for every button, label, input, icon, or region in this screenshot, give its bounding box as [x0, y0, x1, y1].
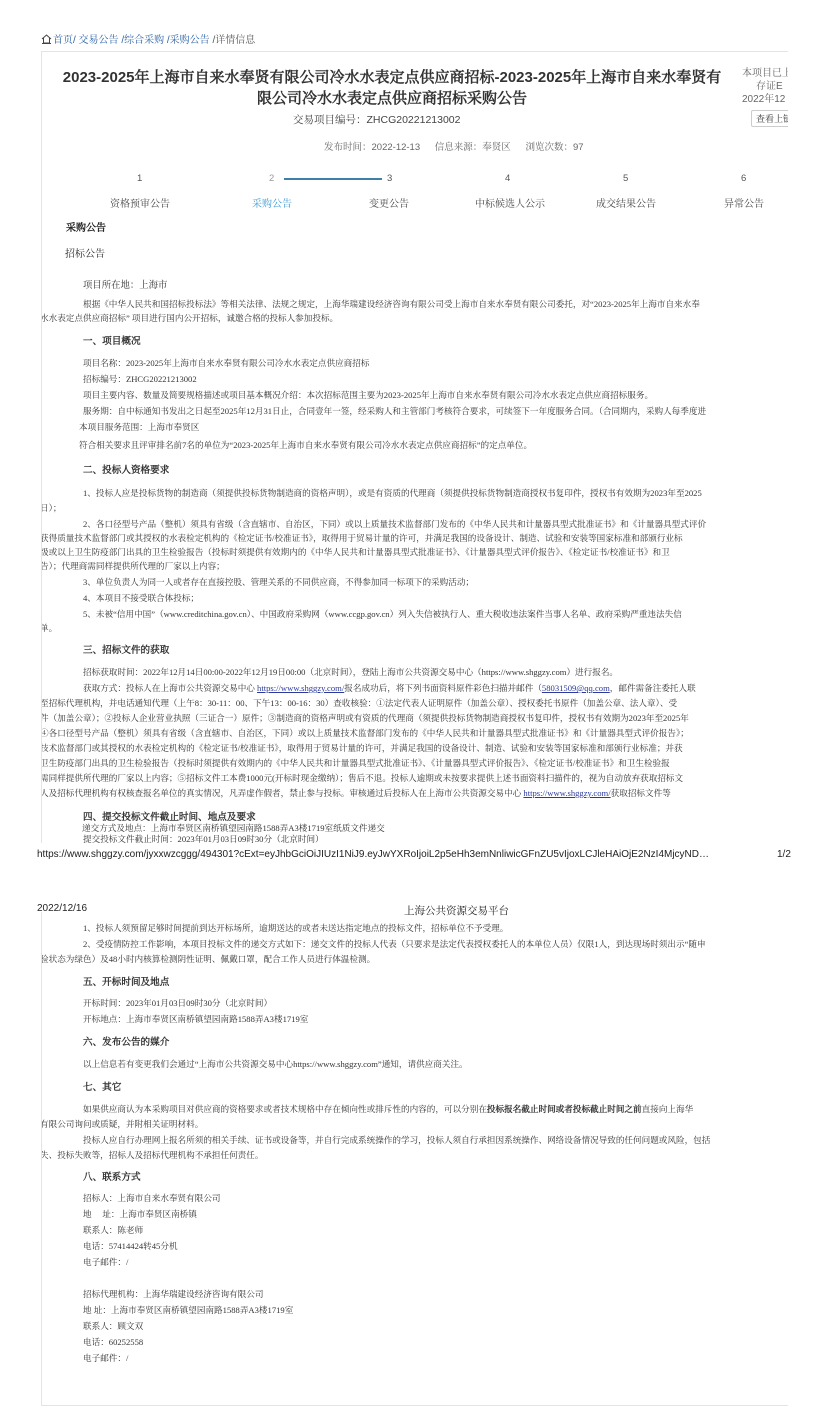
shggzy-link[interactable]: https://www.shggzy.com/	[257, 683, 344, 693]
qualification-2-line-3: 级或以上卫生防疫部门出具的卫生检验报告（投标时须提供有效期内的《中华人民共和计量…	[41, 546, 670, 558]
stepper-progress-line	[284, 178, 382, 180]
breadcrumb-procurement-notice[interactable]: /采购公告	[164, 35, 210, 46]
step-4-number: 4	[505, 173, 510, 184]
title-line-2: 限公司冷水水表定点供应商招标采购公告	[42, 88, 742, 109]
submission-note-1: 1、投标人须预留足够时间提前到达开标场所，逾期送达的或者未送达指定地点的投标文件…	[83, 922, 508, 934]
project-location: 项目所在地：上海市	[83, 277, 167, 291]
access-line-2: 至招标代理机构，并电话通知代理（上午8：30-11：00、下午13：00-16：…	[41, 697, 677, 709]
publish-time-label: 发布时间：	[324, 142, 372, 153]
blockchain-note-line2: 存证E	[742, 80, 788, 93]
step-6-label[interactable]: 异常公告	[724, 195, 764, 210]
view-blockchain-button[interactable]: 查看上链	[751, 110, 788, 127]
access-line-6: 卫生防疫部门出具的卫生检验报告（投标时须提供有效期内的《中华人民共和计量器具型式…	[41, 757, 670, 769]
breadcrumb-current: /详情信息	[210, 35, 256, 46]
project-code-value: ZHCG20221213002	[367, 114, 461, 126]
agent-address: 地 址：上海市奉贤区南桥镇望园南路1588弄A3楼1719室	[83, 1304, 293, 1316]
submission-deadline: 提交投标文件截止时间：2023年01月03日09时30分（北京时间）	[83, 833, 324, 843]
other-note-1-line-2: 有限公司询问或质疑，并附相关证明材料。	[41, 1118, 203, 1130]
heading-publication-media: 六、发布公告的媒介	[83, 1034, 169, 1048]
submission-place: 递交方式及地点：上海市奉贤区南桥镇望园南路1588弄A3楼1719室纸质文件递交	[82, 822, 385, 834]
shggzy-link-2[interactable]: https://www.shggzy.com/	[523, 788, 610, 798]
heading-other: 七、其它	[83, 1079, 121, 1093]
heading-bid-opening: 五、开标时间及地点	[83, 974, 169, 988]
bid-opening-place: 开标地点：上海市奉贤区南桥镇望园南路1588弄A3楼1719室	[83, 1013, 308, 1025]
agent-email: 电子邮件：/	[83, 1352, 128, 1364]
other-note-2-line-1: 投标人应自行办理网上报名所须的相关手续、证书或设备等，并自行完成系统操作的学习，…	[83, 1134, 710, 1146]
qualification-5-line-1: 5、未被“信用中国”（www.creditchina.gov.cn）、中国政府采…	[83, 608, 682, 620]
page-title: 2023-2025年上海市自来水奉贤有限公司冷水水表定点供应商招标-2023-2…	[42, 67, 742, 109]
breadcrumb: 首页/ 交易公告 /综合采购 /采购公告 /详情信息	[41, 31, 255, 46]
step-2-number: 2	[269, 173, 274, 184]
agent-phone: 电话：60252558	[83, 1336, 143, 1348]
step-5-number: 5	[623, 173, 628, 184]
other-note-1-bold: 投标报名截止时间或者投标截止时间之前	[487, 1104, 642, 1114]
access-line-8-post: 获取招标文件等	[611, 788, 671, 798]
print-page-number: 1/2	[777, 849, 791, 860]
source-value: 奉贤区	[482, 142, 511, 153]
project-code-label: 交易项目编号：	[293, 114, 367, 126]
other-note-1-post: 直接向上海华	[642, 1104, 694, 1114]
views-count: 97	[573, 142, 584, 153]
service-period: 服务期：自中标通知书发出之日起至2025年12月31日止，合同壹年一签，经采购人…	[83, 405, 706, 417]
blockchain-note: 本项目已上 存证E 2022年12	[742, 67, 788, 106]
tenderer-email: 电子邮件：/	[83, 1256, 128, 1268]
heading-submission-deadline: 四、提交投标文件截止时间、地点及要求	[83, 809, 256, 823]
step-5-label[interactable]: 成交结果公告	[596, 195, 656, 210]
publish-time: 2022-12-13	[372, 142, 421, 153]
qualification-3: 3、单位负责人为同一人或者存在直接控股、管理关系的不同供应商，不得参加同一标项下…	[83, 576, 474, 588]
tenderer-phone: 电话：57414424转45分机	[83, 1240, 178, 1252]
step-3-number: 3	[387, 173, 392, 184]
other-note-1-line-1: 如果供应商认为本采购项目对供应商的资格要求或者技术规格中存在倾向性或排斥性的内容…	[83, 1103, 693, 1115]
sub-title: 招标公告	[65, 245, 105, 260]
print-url: https://www.shggzy.com/jyxxwzcggg/494301…	[37, 849, 709, 860]
blockchain-note-line1: 本项目已上	[742, 67, 788, 80]
bid-opening-time: 开标时间：2023年01月03日09时30分（北京时间）	[83, 997, 272, 1009]
other-note-2-line-2: 失、投标失败等，招标人及招标代理机构不承担任何责任。	[41, 1149, 263, 1161]
submission-note-2-line-1: 2、受疫情防控工作影响，本项目投标文件的递交方式如下：递交文件的投标人代表（只要…	[83, 938, 706, 950]
step-1-label[interactable]: 资格预审公告	[110, 195, 170, 210]
step-3-label[interactable]: 变更公告	[369, 195, 409, 210]
breadcrumb-comprehensive-procurement[interactable]: /综合采购	[119, 35, 165, 46]
document-access-time: 招标获取时间：2022年12月14日00:00-2022年12月19日00:00…	[83, 666, 618, 678]
project-content: 项目主要内容、数量及简要规格描述或项目基本概况介绍：本次招标范围主要为2023-…	[83, 389, 653, 401]
service-scope: 本项目服务范围：上海市奉贤区	[79, 421, 199, 433]
other-note-1-text: 如果供应商认为本采购项目对供应商的资格要求或者技术规格中存在倾向性或排斥性的内容…	[83, 1104, 487, 1114]
notice-page-2: 1、投标人须预留足够时间提前到达开标场所，逾期送达的或者未送达指定地点的投标文件…	[41, 912, 788, 1406]
publication-media-text: 以上信息若有变更我们会通过“上海市公共资源交易中心https://www.shg…	[83, 1058, 468, 1070]
qualification-5-line-2: 单。	[41, 622, 57, 634]
tender-code: 招标编号：ZHCG20221213002	[83, 373, 197, 385]
intro-line-2: 水水表定点供应商招标” 项目进行国内公开招标，诚邀合格的投标人参加投标。	[41, 312, 338, 324]
email-link[interactable]: 58031509@qq.com	[542, 683, 610, 693]
step-2-label[interactable]: 采购公告	[252, 195, 292, 210]
access-line-7: 需同样提供所代理的厂家以上内容；⑤招标文件工本费1000元(开标时现金缴纳）；售…	[41, 772, 683, 784]
section-title: 采购公告	[66, 219, 106, 234]
heading-bidder-qualification: 二、投标人资格要求	[83, 462, 169, 476]
access-line-8: 人及招标代理机构有权核查报名单位的真实情况，凡弄虚作假者，禁止参与投标。审核通过…	[41, 787, 671, 799]
submission-note-2-line-2: 验状态为绿色）及48小时内核算检测阴性证明、佩戴口罩，配合工作人员进行体温检测。	[41, 953, 375, 965]
notice-page-1: 2023-2025年上海市自来水奉贤有限公司冷水水表定点供应商招标-2023-2…	[41, 51, 788, 843]
tenderer-contact: 联系人：陈老师	[83, 1224, 143, 1236]
step-1-number: 1	[137, 173, 142, 184]
project-code: 交易项目编号：ZHCG20221213002	[293, 112, 460, 127]
blockchain-note-line3: 2022年12	[742, 93, 788, 106]
access-method-text-post: ，邮件需备注委托人联	[610, 683, 696, 693]
qualification-2-line-2: 获得质量技术监督部门或其授权的水表检定机构的《检定证书/校准证书》，取得用于贸易…	[41, 532, 683, 544]
heading-project-overview: 一、项目概况	[83, 333, 141, 347]
access-line-8-text: 人及招标代理机构有权核查报名单位的真实情况，凡弄虚作假者，禁止参与投标。审核通过…	[41, 788, 523, 798]
access-line-4: ④各口径型号产品（整机）须具有省级（含直辖市、自治区，下同）或以上质量技术监督部…	[41, 727, 689, 739]
views-label: 浏览次数：	[525, 142, 573, 153]
source-label: 信息来源：	[435, 142, 483, 153]
intro-line-1: 根据《中华人民共和国招标投标法》等相关法律、法规之规定，上海华瑞建设经济咨询有限…	[83, 298, 700, 310]
agent-contact: 联系人：顾文双	[83, 1320, 143, 1332]
qualification-2-line-1: 2、各口径型号产品（整机）须具有省级（含直辖市、自治区，下同）或以上质量技术监督…	[83, 518, 706, 530]
step-6-number: 6	[741, 173, 746, 184]
heading-contact: 八、联系方式	[83, 1169, 141, 1183]
qualification-2-line-4: 告）；代理商需同样提供所代理的厂家以上内容；	[41, 560, 225, 572]
access-method-text-mid: 报名成功后，将下列书面资料原件彩色扫描并邮件（	[344, 683, 542, 693]
project-name: 项目名称：2023-2025年上海市自来水奉贤有限公司冷水水表定点供应商招标	[83, 357, 369, 369]
home-icon[interactable]	[41, 34, 52, 44]
qualification-1-line-1: 1、投标人应是投标货物的制造商（须提供投标货物制造商的资格声明），或是有资质的代…	[83, 487, 702, 499]
document-access-method: 获取方式：投标人在上海市公共资源交易中心 https://www.shggzy.…	[83, 682, 696, 694]
publish-meta: 发布时间：2022-12-13 信息来源：奉贤区 浏览次数：97	[324, 139, 584, 153]
breadcrumb-trade-notice[interactable]: 交易公告	[76, 35, 119, 46]
qualification-4: 4、本项目不接受联合体投标；	[83, 592, 199, 604]
agent-name: 招标代理机构：上海华瑞建设经济咨询有限公司	[83, 1288, 263, 1300]
tenderer-name: 招标人：上海市自来水奉贤有限公司	[83, 1192, 221, 1204]
access-method-text: 获取方式：投标人在上海市公共资源交易中心	[83, 683, 257, 693]
step-4-label[interactable]: 中标候选人公示	[475, 195, 545, 210]
access-line-3: 件（加盖公章）；②投标人企业营业执照（三证合一）原件；③制造商的资格声明或有资质…	[41, 712, 689, 724]
title-line-1: 2023-2025年上海市自来水奉贤有限公司冷水水表定点供应商招标-2023-2…	[42, 67, 742, 88]
heading-tender-documents: 三、招标文件的获取	[83, 642, 169, 656]
breadcrumb-home[interactable]: 首页/	[53, 35, 76, 46]
tenderer-address: 地 址：上海市奉贤区南桥镇	[83, 1208, 197, 1220]
ranking-note: 符合相关要求且评审排名前7名的单位为“2023-2025年上海市自来水奉贤有限公…	[79, 439, 532, 451]
access-line-5: 技术监督部门或其授权的水表检定机构的《检定证书/校准证书》，取得用于贸易计量的许…	[41, 742, 683, 754]
qualification-1-line-2: 日）；	[41, 502, 61, 514]
